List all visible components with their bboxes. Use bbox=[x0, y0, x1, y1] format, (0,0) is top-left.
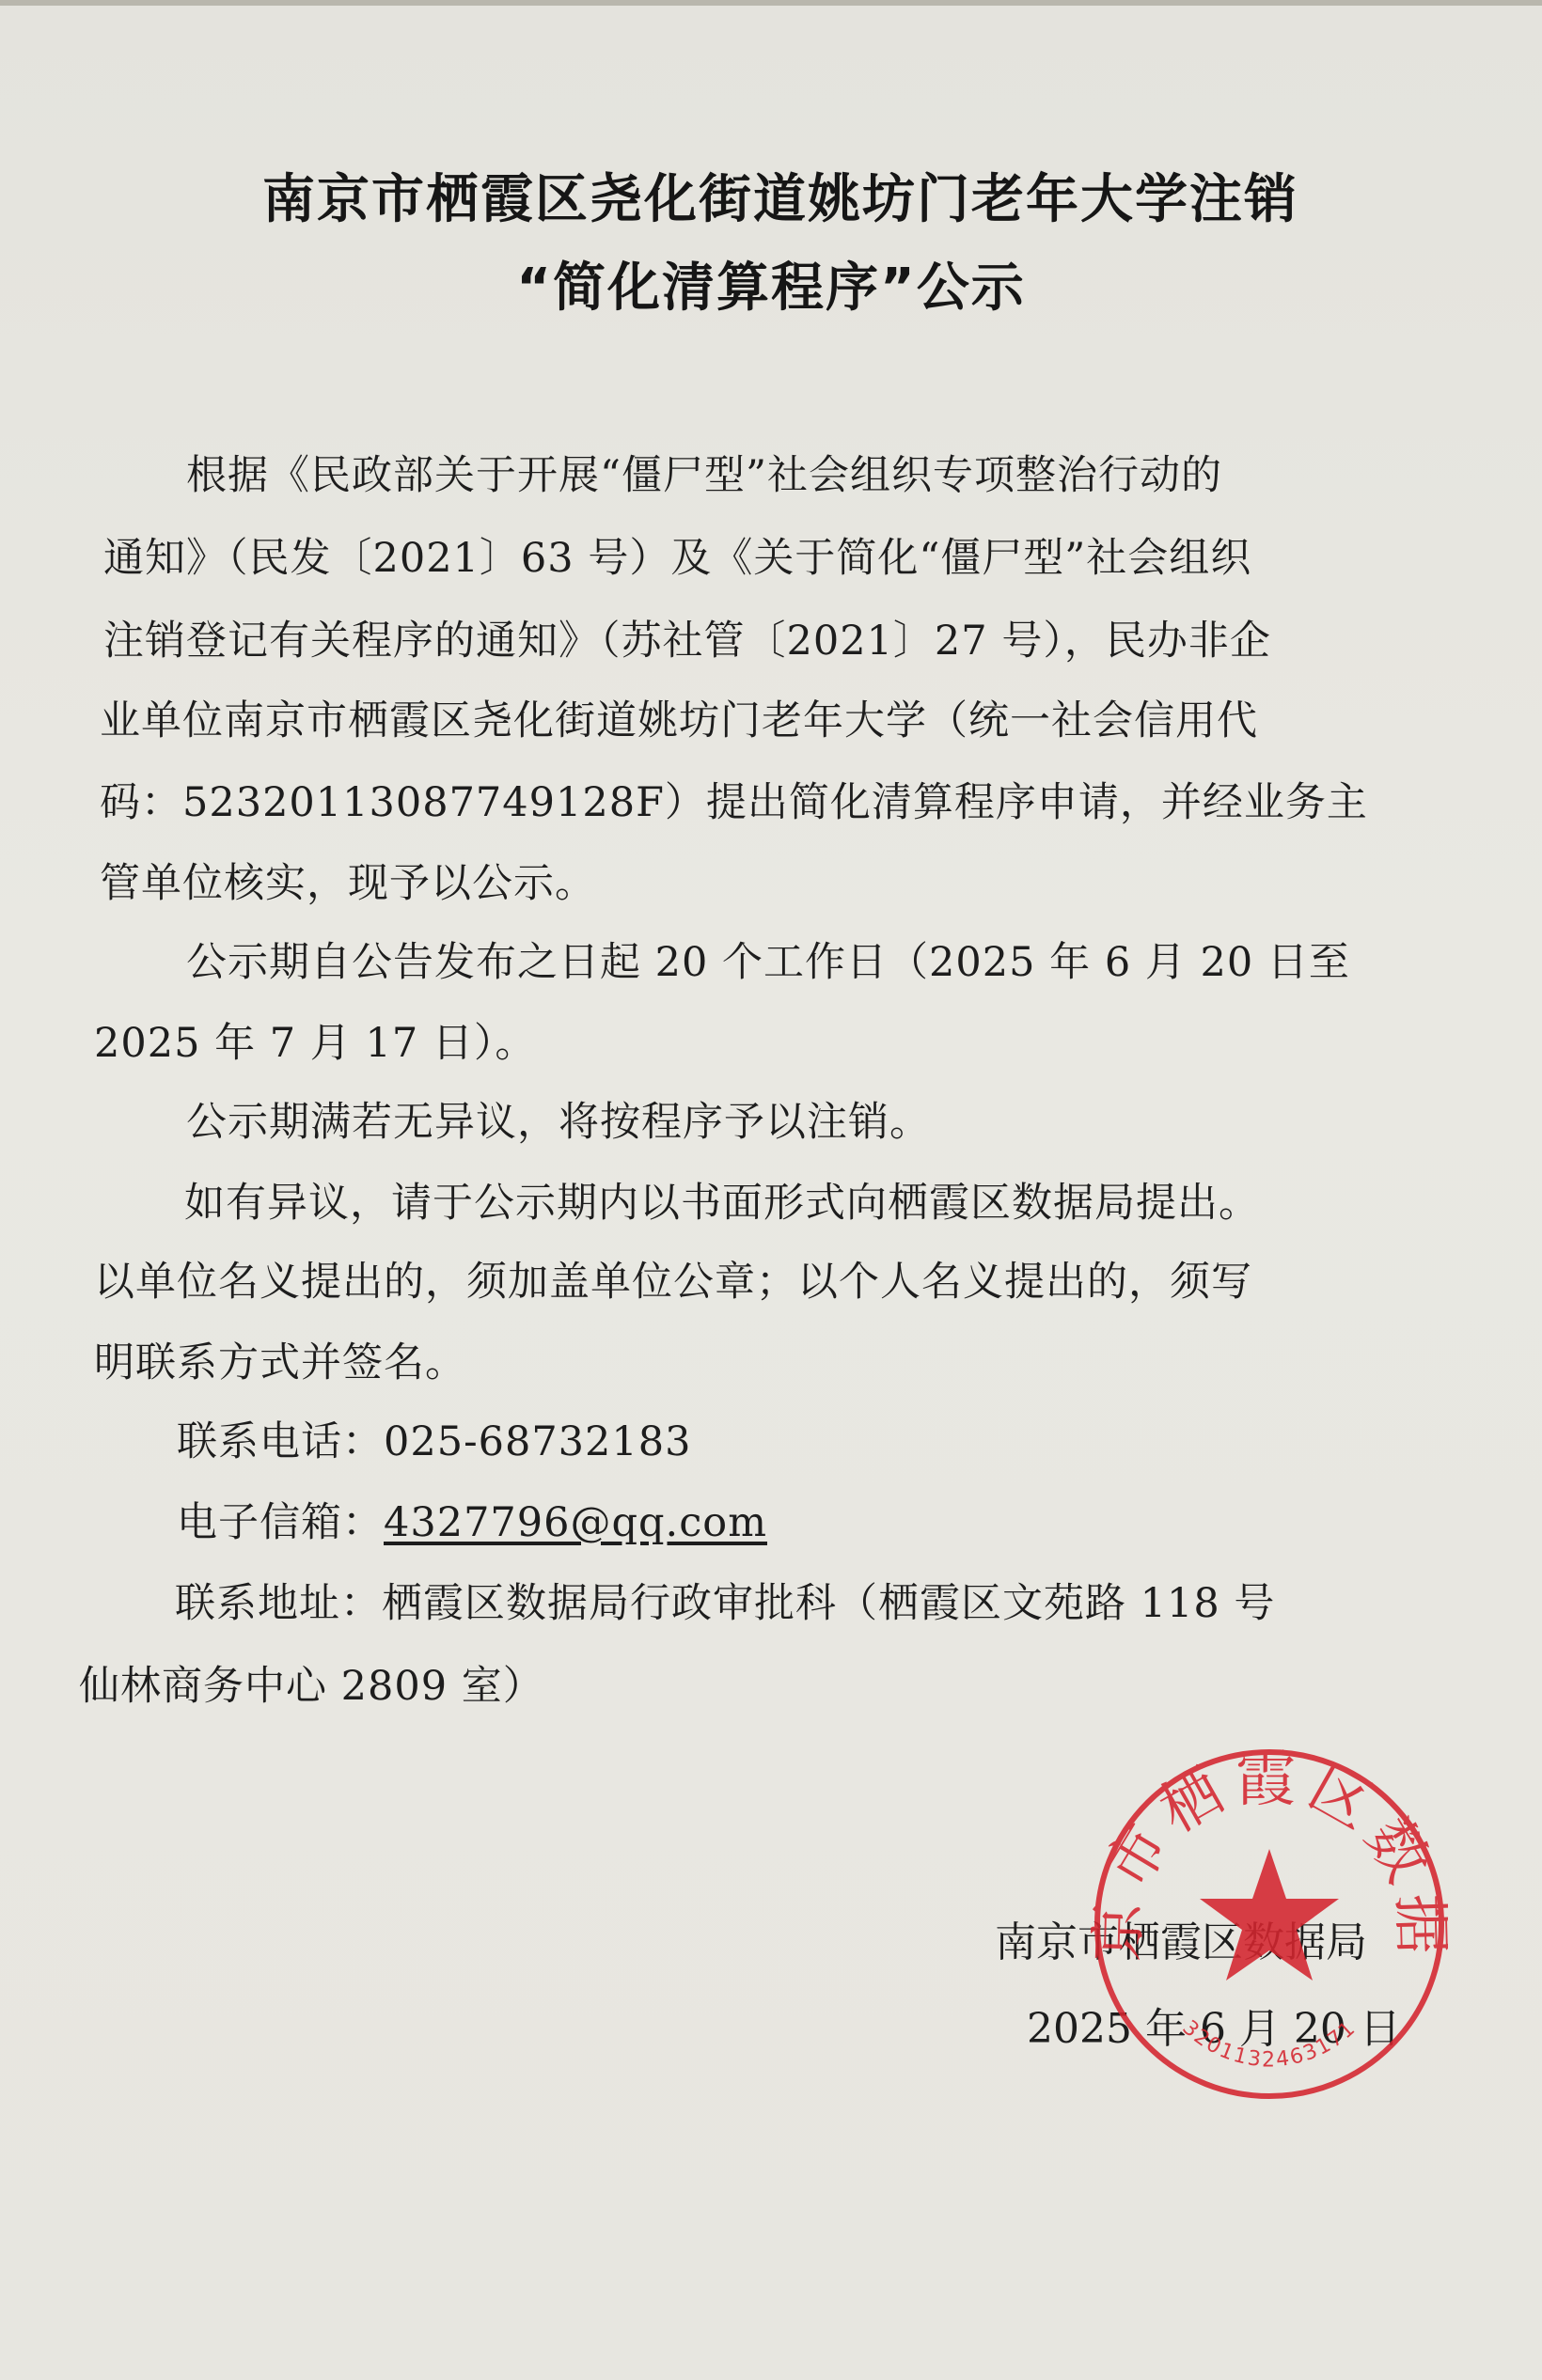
phone-label: 联系电话： bbox=[177, 1418, 384, 1465]
body-line: 公示期自公告发布之日起 20 个工作日（2025 年 6 月 20 日至 bbox=[186, 931, 1350, 988]
body-line: 根据《民政部关于开展“僵尸型”社会组织专项整治行动的 bbox=[186, 444, 1222, 501]
phone-value: 025-68732183 bbox=[384, 1418, 691, 1465]
contact-email: 电子信箱：4327796@qq.com bbox=[177, 1491, 767, 1548]
body-line: 业单位南京市栖霞区尧化街道姚坊门老年大学（统一社会信用代 bbox=[100, 689, 1258, 746]
official-seal: 南京市栖霞区数据局 3201132463171 bbox=[1091, 1746, 1448, 2103]
document-subtitle: “简化清算程序”公示 bbox=[0, 246, 1542, 321]
address-line1: 栖霞区数据局行政审批科（栖霞区文苑路 118 号 bbox=[382, 1580, 1275, 1627]
body-line: 注销登记有关程序的通知》（苏社管〔2021〕27 号），民办非企 bbox=[103, 609, 1271, 666]
contact-address: 联系地址：栖霞区数据局行政审批科（栖霞区文苑路 118 号 bbox=[175, 1572, 1275, 1629]
svg-text:3201132463171: 3201132463171 bbox=[1177, 2016, 1361, 2072]
body-line: 管单位核实，现予以公示。 bbox=[100, 852, 596, 909]
seal-serial: 3201132463171 bbox=[1177, 2016, 1361, 2072]
contact-phone: 联系电话：025-68732183 bbox=[177, 1410, 691, 1467]
address-label: 联系地址： bbox=[175, 1580, 382, 1627]
body-line: 码：52320113087749128F）提出简化清算程序申请，并经业务主 bbox=[100, 771, 1368, 828]
star-icon bbox=[1200, 1849, 1339, 1981]
body-line: 明联系方式并签名。 bbox=[94, 1331, 466, 1388]
address-line2: 仙林商务中心 2809 室） bbox=[79, 1654, 544, 1712]
body-line: 如有异议，请于公示期内以书面形式向栖霞区数据局提出。 bbox=[184, 1171, 1260, 1229]
body-line: 通知》（民发〔2021〕63 号）及《关于简化“僵尸型”社会组织 bbox=[103, 526, 1251, 584]
email-label: 电子信箱： bbox=[177, 1499, 384, 1546]
body-line: 以单位名义提出的，须加盖单位公章；以个人名义提出的，须写 bbox=[94, 1250, 1252, 1307]
document-title: 南京市栖霞区尧化街道姚坊门老年大学注销 bbox=[0, 158, 1542, 233]
body-line: 公示期满若无异议，将按程序予以注销。 bbox=[186, 1090, 931, 1148]
body-line: 2025 年 7 月 17 日）。 bbox=[94, 1011, 536, 1069]
email-link[interactable]: 4327796@qq.com bbox=[384, 1499, 767, 1546]
